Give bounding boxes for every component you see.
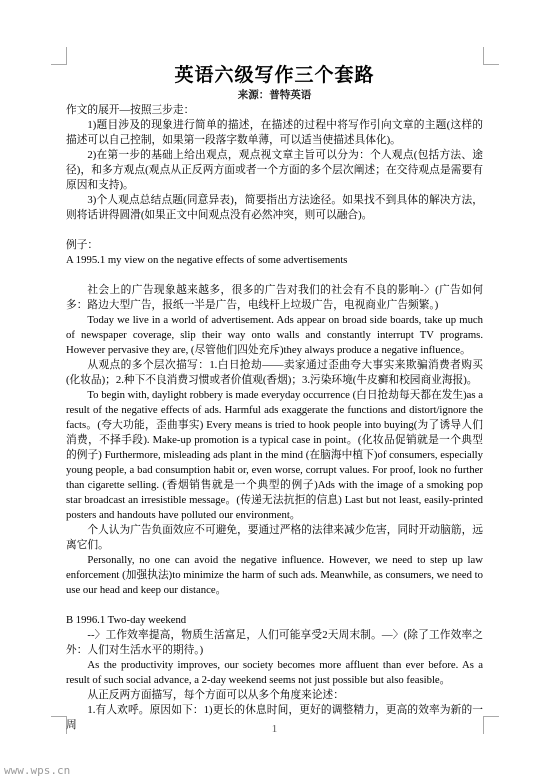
wps-watermark: www.wps.cn	[4, 764, 70, 777]
paragraph-a-en-conclusion: Personally, no one can avoid the negativ…	[66, 553, 483, 598]
source-line: 来源：普特英语	[66, 88, 483, 103]
paragraph-a-en-body: To begin with, daylight robbery is made …	[66, 388, 483, 523]
paragraph-step-1: 1)题目涉及的现象进行简单的描述，在描述的过程中将写作引向文章的主题(这样的描述…	[66, 118, 483, 148]
paragraph-step-2: 2)在第一步的基础上给出观点，观点视文章主旨可以分为：个人观点(包括方法、途径)…	[66, 148, 483, 193]
paragraph-example-label: 例子：	[66, 238, 483, 253]
document-body: 英语六级写作三个套路 来源：普特英语 作文的展开—按照三步走： 1)题目涉及的现…	[66, 63, 483, 733]
paragraph-list: 作文的展开—按照三步走： 1)题目涉及的现象进行简单的描述，在描述的过程中将写作…	[66, 103, 483, 733]
paragraph-b-en-intro: As the productivity improves, our societ…	[66, 658, 483, 688]
paragraph-example-a-title: A 1995.1 my view on the negative effects…	[66, 253, 483, 268]
paragraph-step-3: 3)个人观点总结点题(同意异表)，简要指出方法途径。如果找不到具体的解决方法，则…	[66, 193, 483, 223]
paragraph-a-cn-intro: 社会上的广告现象越来越多，很多的广告对我们的社会有不良的影响-〉(广告如何多：路…	[66, 283, 483, 313]
paragraph-a-en-intro: Today we live in a world of advertisemen…	[66, 313, 483, 358]
paragraph-example-b-title: B 1996.1 Two-day weekend	[66, 613, 483, 628]
paragraph-a-cn-points: 从观点的多个层次描写：1.白日抢劫——卖家通过歪曲夸大事实来欺骗消费者购买(化妆…	[66, 358, 483, 388]
page-number: 1	[0, 723, 549, 735]
crop-mark-top-right-icon	[483, 47, 499, 65]
paragraph-b-cn-plan: 从正反两方面描写，每个方面可以从多个角度来论述：	[66, 688, 483, 703]
document-page: 英语六级写作三个套路 来源：普特英语 作文的展开—按照三步走： 1)题目涉及的现…	[0, 0, 549, 781]
paragraph-a-cn-conclusion: 个人认为广告负面效应不可避免，要通过严格的法律来减少危害，同时开动脑筋，远离它们…	[66, 523, 483, 553]
page-title: 英语六级写作三个套路	[66, 63, 483, 88]
paragraph-intro: 作文的展开—按照三步走：	[66, 103, 483, 118]
crop-mark-top-left-icon	[51, 47, 67, 65]
paragraph-b-cn-intro: --〉工作效率提高，物质生活富足，人们可能享受2天周末制。—〉(除了工作效率之外…	[66, 628, 483, 658]
